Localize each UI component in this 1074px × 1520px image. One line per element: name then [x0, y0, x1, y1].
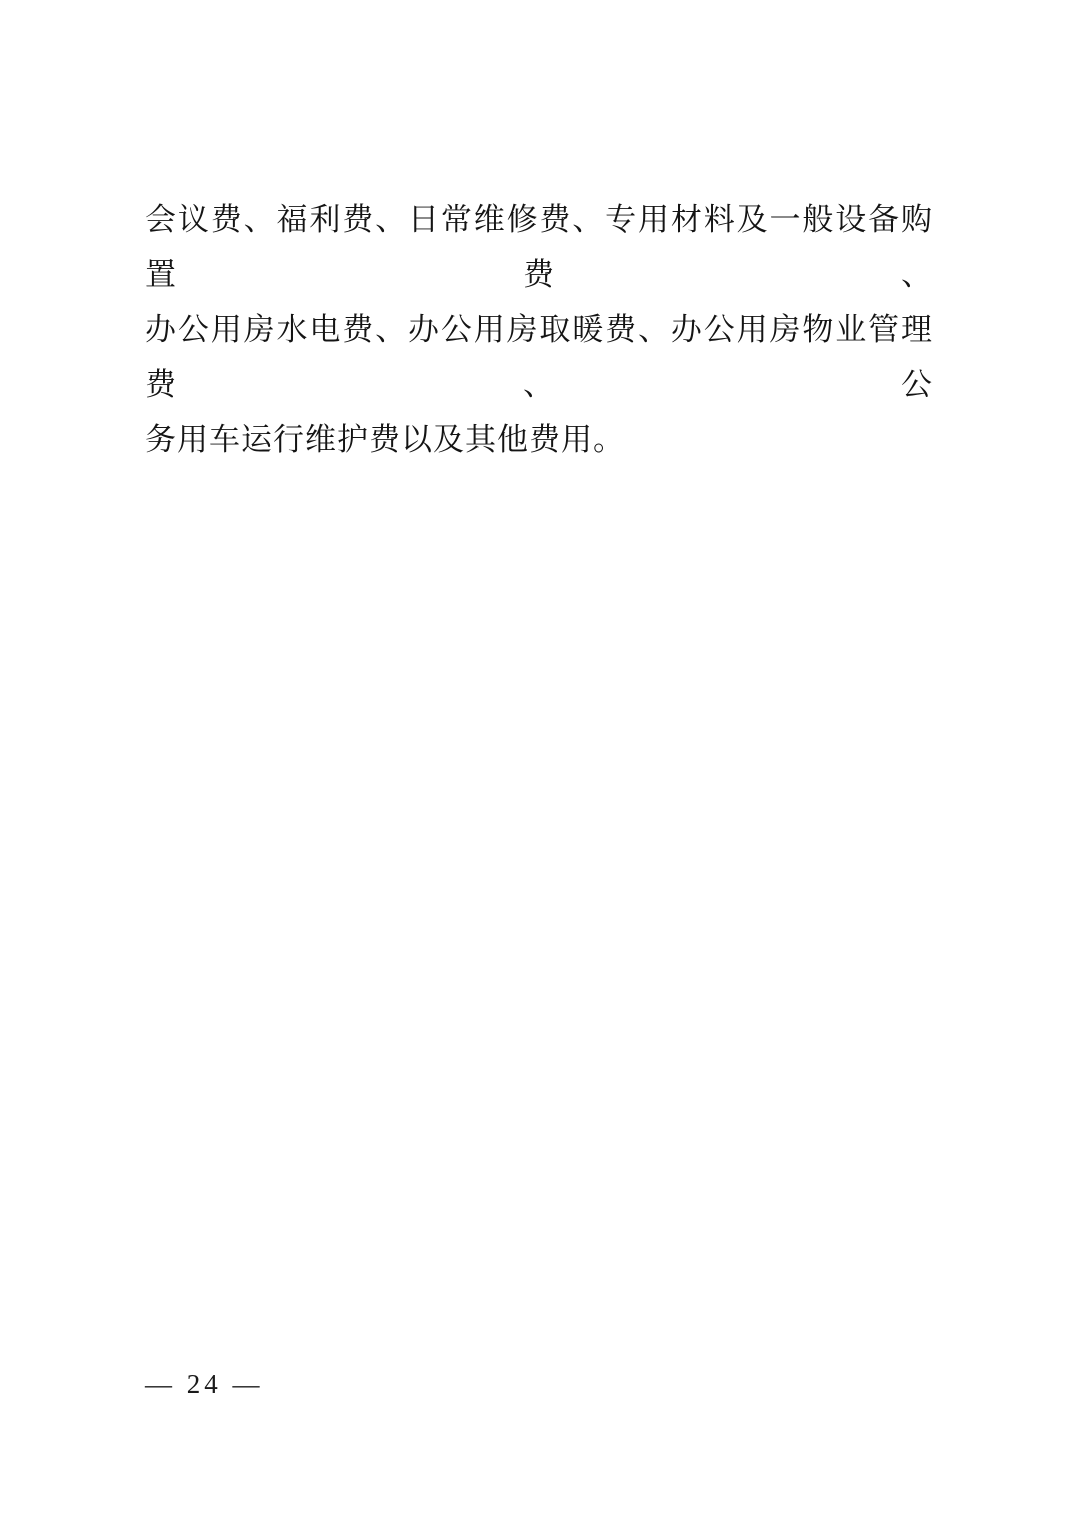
paragraph-line-2: 办公用房水电费、办公用房取暖费、办公用房物业管理费、公	[145, 302, 933, 412]
paragraph-line-3: 务用车运行维护费以及其他费用。	[145, 412, 933, 467]
page-number: — 24 —	[145, 1368, 264, 1400]
paragraph-line-1: 会议费、福利费、日常维修费、专用材料及一般设备购置费、	[145, 192, 933, 302]
body-paragraph: 会议费、福利费、日常维修费、专用材料及一般设备购置费、 办公用房水电费、办公用房…	[145, 192, 933, 467]
document-page: 会议费、福利费、日常维修费、专用材料及一般设备购置费、 办公用房水电费、办公用房…	[0, 0, 1074, 1520]
